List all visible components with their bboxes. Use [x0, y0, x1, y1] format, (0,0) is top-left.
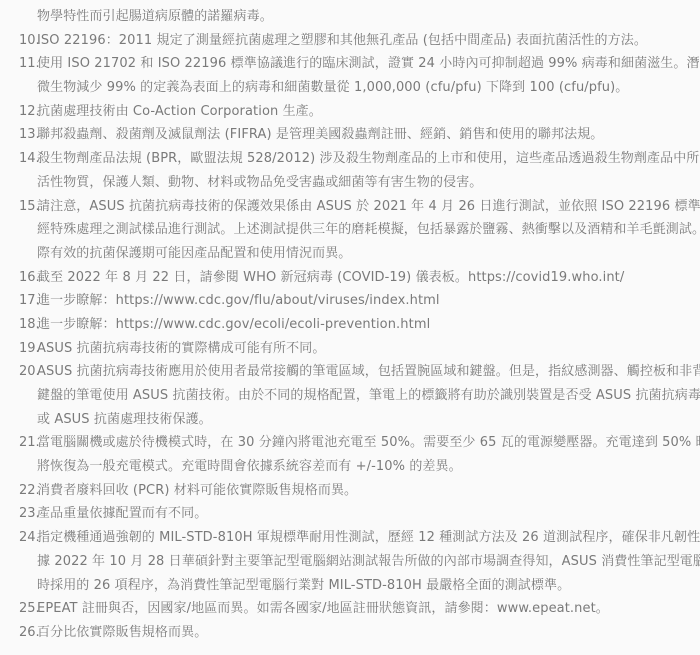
footnote-text: 物學特性而引起腸道病原體的諾羅病毒。 [37, 9, 273, 24]
footnotes-list: 物學特性而引起腸道病原體的諾羅病毒。10.ISO 22196：2011 規定了測… [0, 0, 700, 655]
footnote-continuation-line: 際有效的抗菌保護期可能因產品配置和使用情況而異。 [19, 242, 686, 266]
footnote-number: 24. [19, 526, 37, 550]
footnote-line: 26.百分比依實際販售規格而異。 [19, 621, 686, 645]
footnote-text: ASUS 抗菌抗病毒技術的實際構成可能有所不同。 [37, 341, 325, 356]
footnote-text: 進一步瞭解：https://www.cdc.gov/ecoli/ecoli-pr… [37, 317, 430, 332]
footnote-line: 17.進一步瞭解：https://www.cdc.gov/flu/about/v… [19, 289, 686, 313]
footnote-continuation-line: 活性物質，保護人類、動物、材料或物品免受害蟲或細菌等有害生物的侵害。 [19, 171, 686, 195]
footnote-number: 26. [19, 621, 37, 645]
footnote-text: 殺生物劑產品法規 (BPR，歐盟法規 528/2012) 涉及殺生物劑產品的上市… [37, 151, 700, 166]
footnote-line: 15.請注意，ASUS 抗菌抗病毒技術的保護效果係由 ASUS 於 2021 年… [19, 195, 686, 219]
footnote-number: 17. [19, 289, 37, 313]
footnote-number: 10. [19, 29, 37, 53]
footnote-line: 24.指定機種通過強韌的 MIL-STD-810H 軍規標準耐用性測試，歷經 1… [19, 526, 686, 550]
footnote-text: 消費者廢料回收 (PCR) 材料可能依實際販售規格而異。 [37, 483, 357, 498]
footnote-text: 聯邦殺蟲劑、殺菌劑及滅鼠劑法 (FIFRA) 是管理美國殺蟲劑註冊、經銷、銷售和… [37, 127, 603, 142]
footnote-line: 11.使用 ISO 21702 和 ISO 22196 標準協議進行的臨床測試，… [19, 52, 686, 76]
footnote-continuation-line: 經特殊處理之測試樣品進行測試。上述測試提供三年的磨耗模擬，包括暴露於鹽霧、熱衝擊… [19, 218, 686, 242]
footnote-text: 經特殊處理之測試樣品進行測試。上述測試提供三年的磨耗模擬，包括暴露於鹽霧、熱衝擊… [37, 222, 700, 237]
footnote-number: 14. [19, 147, 37, 171]
footnote-continuation-line: 鍵盤的筆電使用 ASUS 抗菌技術。由於不同的規格配置，筆電上的標籤將有助於識別… [19, 384, 686, 408]
footnote-text: 將恢復為一般充電模式。充電時間會依據系統容差而有 +/-10% 的差異。 [37, 459, 462, 474]
footnote-line: 20.ASUS 抗菌抗病毒技術應用於使用者最常接觸的筆電區域，包括置腕區域和鍵盤… [19, 360, 686, 384]
footnote-text: 鍵盤的筆電使用 ASUS 抗菌技術。由於不同的規格配置，筆電上的標籤將有助於識別… [37, 388, 700, 403]
footnote-number: 15. [19, 195, 37, 219]
footnote-line: 10.ISO 22196：2011 規定了測量經抗菌處理之塑膠和其他無孔產品 (… [19, 29, 686, 53]
footnote-line: 18.進一步瞭解：https://www.cdc.gov/ecoli/ecoli… [19, 313, 686, 337]
footnote-continuation-line: 據 2022 年 10 月 28 日華碩針對主要筆記型電腦網站測試報告所做的內部… [19, 550, 686, 574]
footnote-line: 22.消費者廢料回收 (PCR) 材料可能依實際販售規格而異。 [19, 479, 686, 503]
footnote-number: 12. [19, 100, 37, 124]
footnote-line: 25.EPEAT 註冊與否，因國家/地區而異。如需各國家/地區註冊狀態資訊，請參… [19, 597, 686, 621]
footnote-line: 16.截至 2022 年 8 月 22 日，請參閱 WHO 新冠病毒 (COVI… [19, 266, 686, 290]
footnote-continuation-line: 物學特性而引起腸道病原體的諾羅病毒。 [19, 5, 686, 29]
footnote-line: 23.產品重量依據配置而有不同。 [19, 502, 686, 526]
footnote-number: 13. [19, 123, 37, 147]
footnote-text: 時採用的 26 項程序，為消費性筆記型電腦行業對 MIL-STD-810H 最嚴… [37, 578, 570, 593]
footnote-line: 12.抗菌處理技術由 Co-Action Corporation 生產。 [19, 100, 686, 124]
footnote-text: 據 2022 年 10 月 28 日華碩針對主要筆記型電腦網站測試報告所做的內部… [37, 554, 700, 569]
footnote-text: 抗菌處理技術由 Co-Action Corporation 生產。 [37, 104, 322, 119]
footnote-number: 20. [19, 360, 37, 384]
footnote-line: 14.殺生物劑產品法規 (BPR，歐盟法規 528/2012) 涉及殺生物劑產品… [19, 147, 686, 171]
footnote-text: 產品重量依據配置而有不同。 [37, 506, 207, 521]
footnote-text: ASUS 抗菌抗病毒技術應用於使用者最常接觸的筆電區域，包括置腕區域和鍵盤。但是… [37, 364, 700, 379]
footnote-continuation-line: 將恢復為一般充電模式。充電時間會依據系統容差而有 +/-10% 的差異。 [19, 455, 686, 479]
footnote-number: 21. [19, 431, 37, 455]
footnote-text: 百分比依實際販售規格而異。 [37, 625, 207, 640]
footnote-text: 際有效的抗菌保護期可能因產品配置和使用情況而異。 [37, 246, 351, 261]
footnote-text: 請注意，ASUS 抗菌抗病毒技術的保護效果係由 ASUS 於 2021 年 4 … [37, 199, 700, 214]
footnote-text: ISO 22196：2011 規定了測量經抗菌處理之塑膠和其他無孔產品 (包括中… [37, 33, 647, 48]
footnote-continuation-line: 微生物減少 99% 的定義為表面上的病毒和細菌數量從 1,000,000 (cf… [19, 76, 686, 100]
footnote-text: 進一步瞭解：https://www.cdc.gov/flu/about/viru… [37, 293, 440, 308]
footnote-text: 當電腦關機或處於待機模式時，在 30 分鐘內將電池充電至 50%。需要至少 65… [37, 435, 700, 450]
footnote-text: 活性物質，保護人類、動物、材料或物品免受害蟲或細菌等有害生物的侵害。 [37, 175, 482, 190]
footnote-line: 19.ASUS 抗菌抗病毒技術的實際構成可能有所不同。 [19, 337, 686, 361]
footnote-number: 16. [19, 266, 37, 290]
footnote-continuation-line: 或 ASUS 抗菌處理技術保護。 [19, 408, 686, 432]
footnote-text: 使用 ISO 21702 和 ISO 22196 標準協議進行的臨床測試，證實 … [37, 56, 700, 71]
footnote-line: 13.聯邦殺蟲劑、殺菌劑及滅鼠劑法 (FIFRA) 是管理美國殺蟲劑註冊、經銷、… [19, 123, 686, 147]
footnote-number: 18. [19, 313, 37, 337]
footnote-continuation-line: 時採用的 26 項程序，為消費性筆記型電腦行業對 MIL-STD-810H 最嚴… [19, 574, 686, 598]
footnote-number: 11. [19, 52, 37, 76]
footnote-text: EPEAT 註冊與否，因國家/地區而異。如需各國家/地區註冊狀態資訊，請參閱：w… [37, 601, 609, 616]
footnote-text: 指定機種通過強韌的 MIL-STD-810H 軍規標準耐用性測試，歷經 12 種… [37, 530, 700, 545]
footnote-number: 19. [19, 337, 37, 361]
footnote-line: 21.當電腦關機或處於待機模式時，在 30 分鐘內將電池充電至 50%。需要至少… [19, 431, 686, 455]
footnote-number: 25. [19, 597, 37, 621]
footnote-text: 截至 2022 年 8 月 22 日，請參閱 WHO 新冠病毒 (COVID-1… [37, 270, 624, 285]
footnote-text: 或 ASUS 抗菌處理技術保護。 [37, 412, 212, 427]
footnote-text: 微生物減少 99% 的定義為表面上的病毒和細菌數量從 1,000,000 (cf… [37, 80, 628, 95]
footnote-number: 23. [19, 502, 37, 526]
footnote-number: 22. [19, 479, 37, 503]
